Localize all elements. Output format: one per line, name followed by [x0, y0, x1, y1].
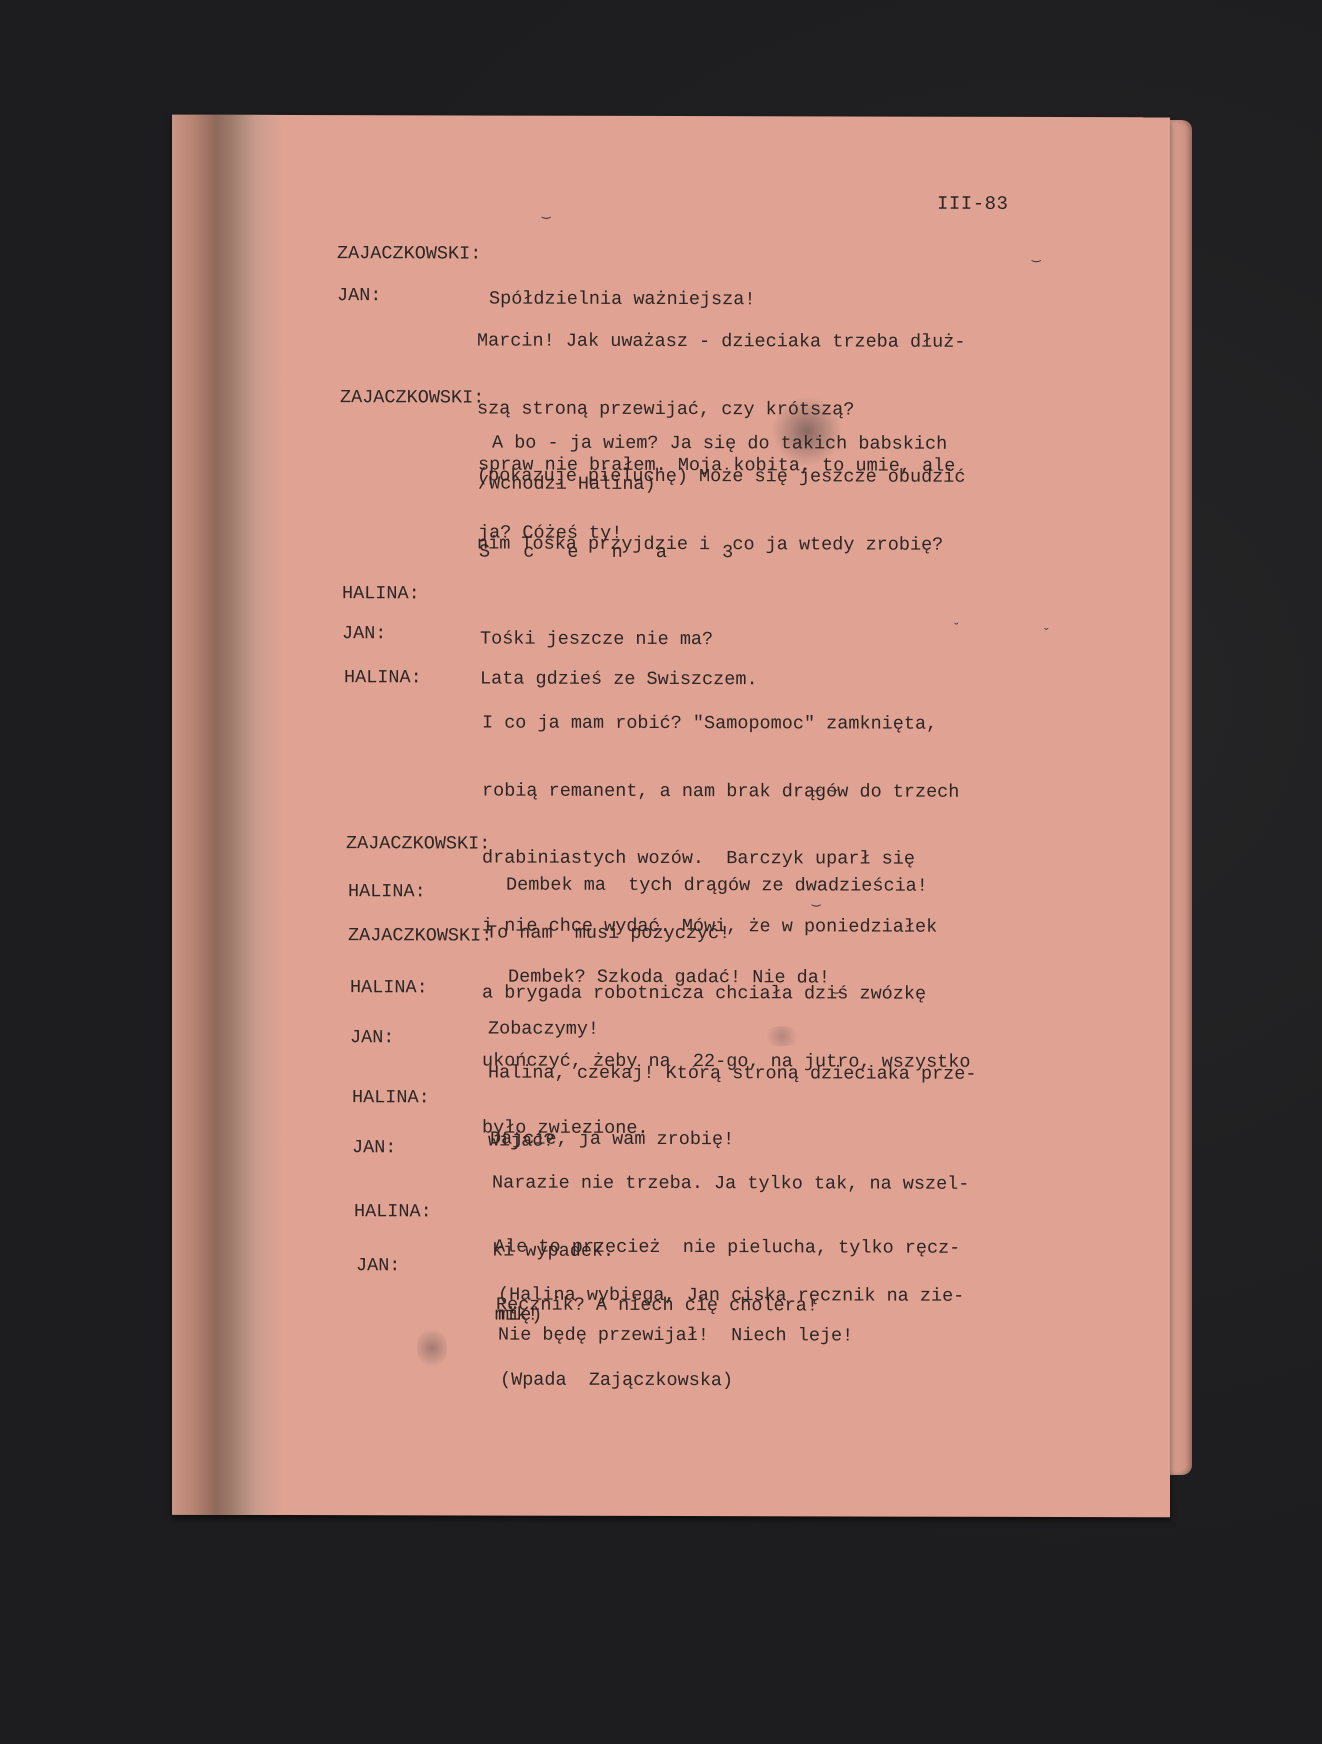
dialogue-line: Nie będę przewijał! Niech leje! [498, 1326, 1322, 1348]
ink-speck: ˇ [952, 622, 960, 638]
stage-direction-text: /Wchodzi Halina) [478, 473, 1322, 498]
dialogue-entry: HALINA: I co ja mam robić? "Samopomoc" z… [344, 667, 1244, 669]
script-body: ZAJACZKOWSKI: Spółdzielnia ważniejsza! J… [172, 115, 1170, 1518]
ink-speck: ‿ [1032, 247, 1040, 264]
dialogue-entry: ZAJACZKOWSKI: Dembek ma tych drągów ze d… [346, 833, 1246, 835]
dialogue-line: Marcin! Jak uważasz - dzieciaka trzeba d… [477, 330, 965, 354]
speaker-name: HALINA: [342, 583, 420, 606]
dialogue-entry: JAN: Marcin! Jak uważasz - dzieciaka trz… [337, 285, 1237, 287]
speaker-name: JAN: [342, 623, 386, 646]
stage-direction-text: (Halina wybiega, Jan ciska ręcznik na zi… [498, 1286, 1322, 1308]
speaker-name: HALINA: [354, 1201, 432, 1224]
dialogue-entry: JAN: Lata gdzieś ze Swiszczem. [342, 623, 1242, 625]
speaker-name: JAN: [350, 1027, 394, 1050]
scene-title: S c e n a 3 [479, 541, 744, 564]
ink-speck: ‿ ‿ [812, 776, 837, 793]
dialogue-line: robią remanent, a nam brak drągów do trz… [482, 780, 970, 804]
ink-speck: ‿ [812, 891, 820, 908]
speaker-name: JAN: [337, 285, 381, 308]
stage-direction: (Wpada Zajączkowska) [500, 1370, 1322, 1395]
dialogue-entry: ZAJACZKOWSKI: Spółdzielnia ważniejsza! [337, 243, 1237, 245]
speaker-name: ZAJACZKOWSKI: [340, 387, 484, 410]
speaker-name: HALINA: [350, 977, 428, 1000]
dialogue-entry: ZAJACZKOWSKI: Dembek? Szkoda gadać! Nie … [348, 925, 1248, 927]
speaker-name: HALINA: [348, 881, 426, 904]
stage-direction: /Wchodzi Halina) [478, 473, 1322, 498]
speaker-name: JAN: [352, 1137, 396, 1160]
ink-speck: ‿ [542, 204, 550, 221]
speaker-name: HALINA: [344, 667, 422, 690]
speaker-name: ZAJACZKOWSKI: [348, 925, 492, 948]
ink-speck: ‿ [832, 978, 840, 995]
ink-speck: ˇ [1042, 627, 1050, 643]
stage-direction: (Halina wybiega, Jan ciska ręcznik na zi… [498, 1286, 1322, 1348]
speaker-name: ZAJACZKOWSKI: [346, 833, 490, 856]
stage-direction-text: (Wpada Zajączkowska) [500, 1370, 1322, 1395]
dialogue-entry: ZAJACZKOWSKI: A bo - ja wiem? Ja się do … [340, 387, 1240, 389]
speaker-name: ZAJACZKOWSKI: [337, 243, 481, 266]
dialogue-line: I co ja mam robić? "Samopomoc" zamknięta… [482, 713, 970, 737]
speaker-name: HALINA: [352, 1087, 430, 1110]
speaker-name: JAN: [356, 1255, 400, 1278]
typescript-page: III-83 ZAJACZKOWSKI: Spółdzielnia ważnie… [172, 115, 1170, 1518]
dialogue-entry: JAN: Ręcznik? A niech cię cholera! [356, 1253, 1256, 1255]
